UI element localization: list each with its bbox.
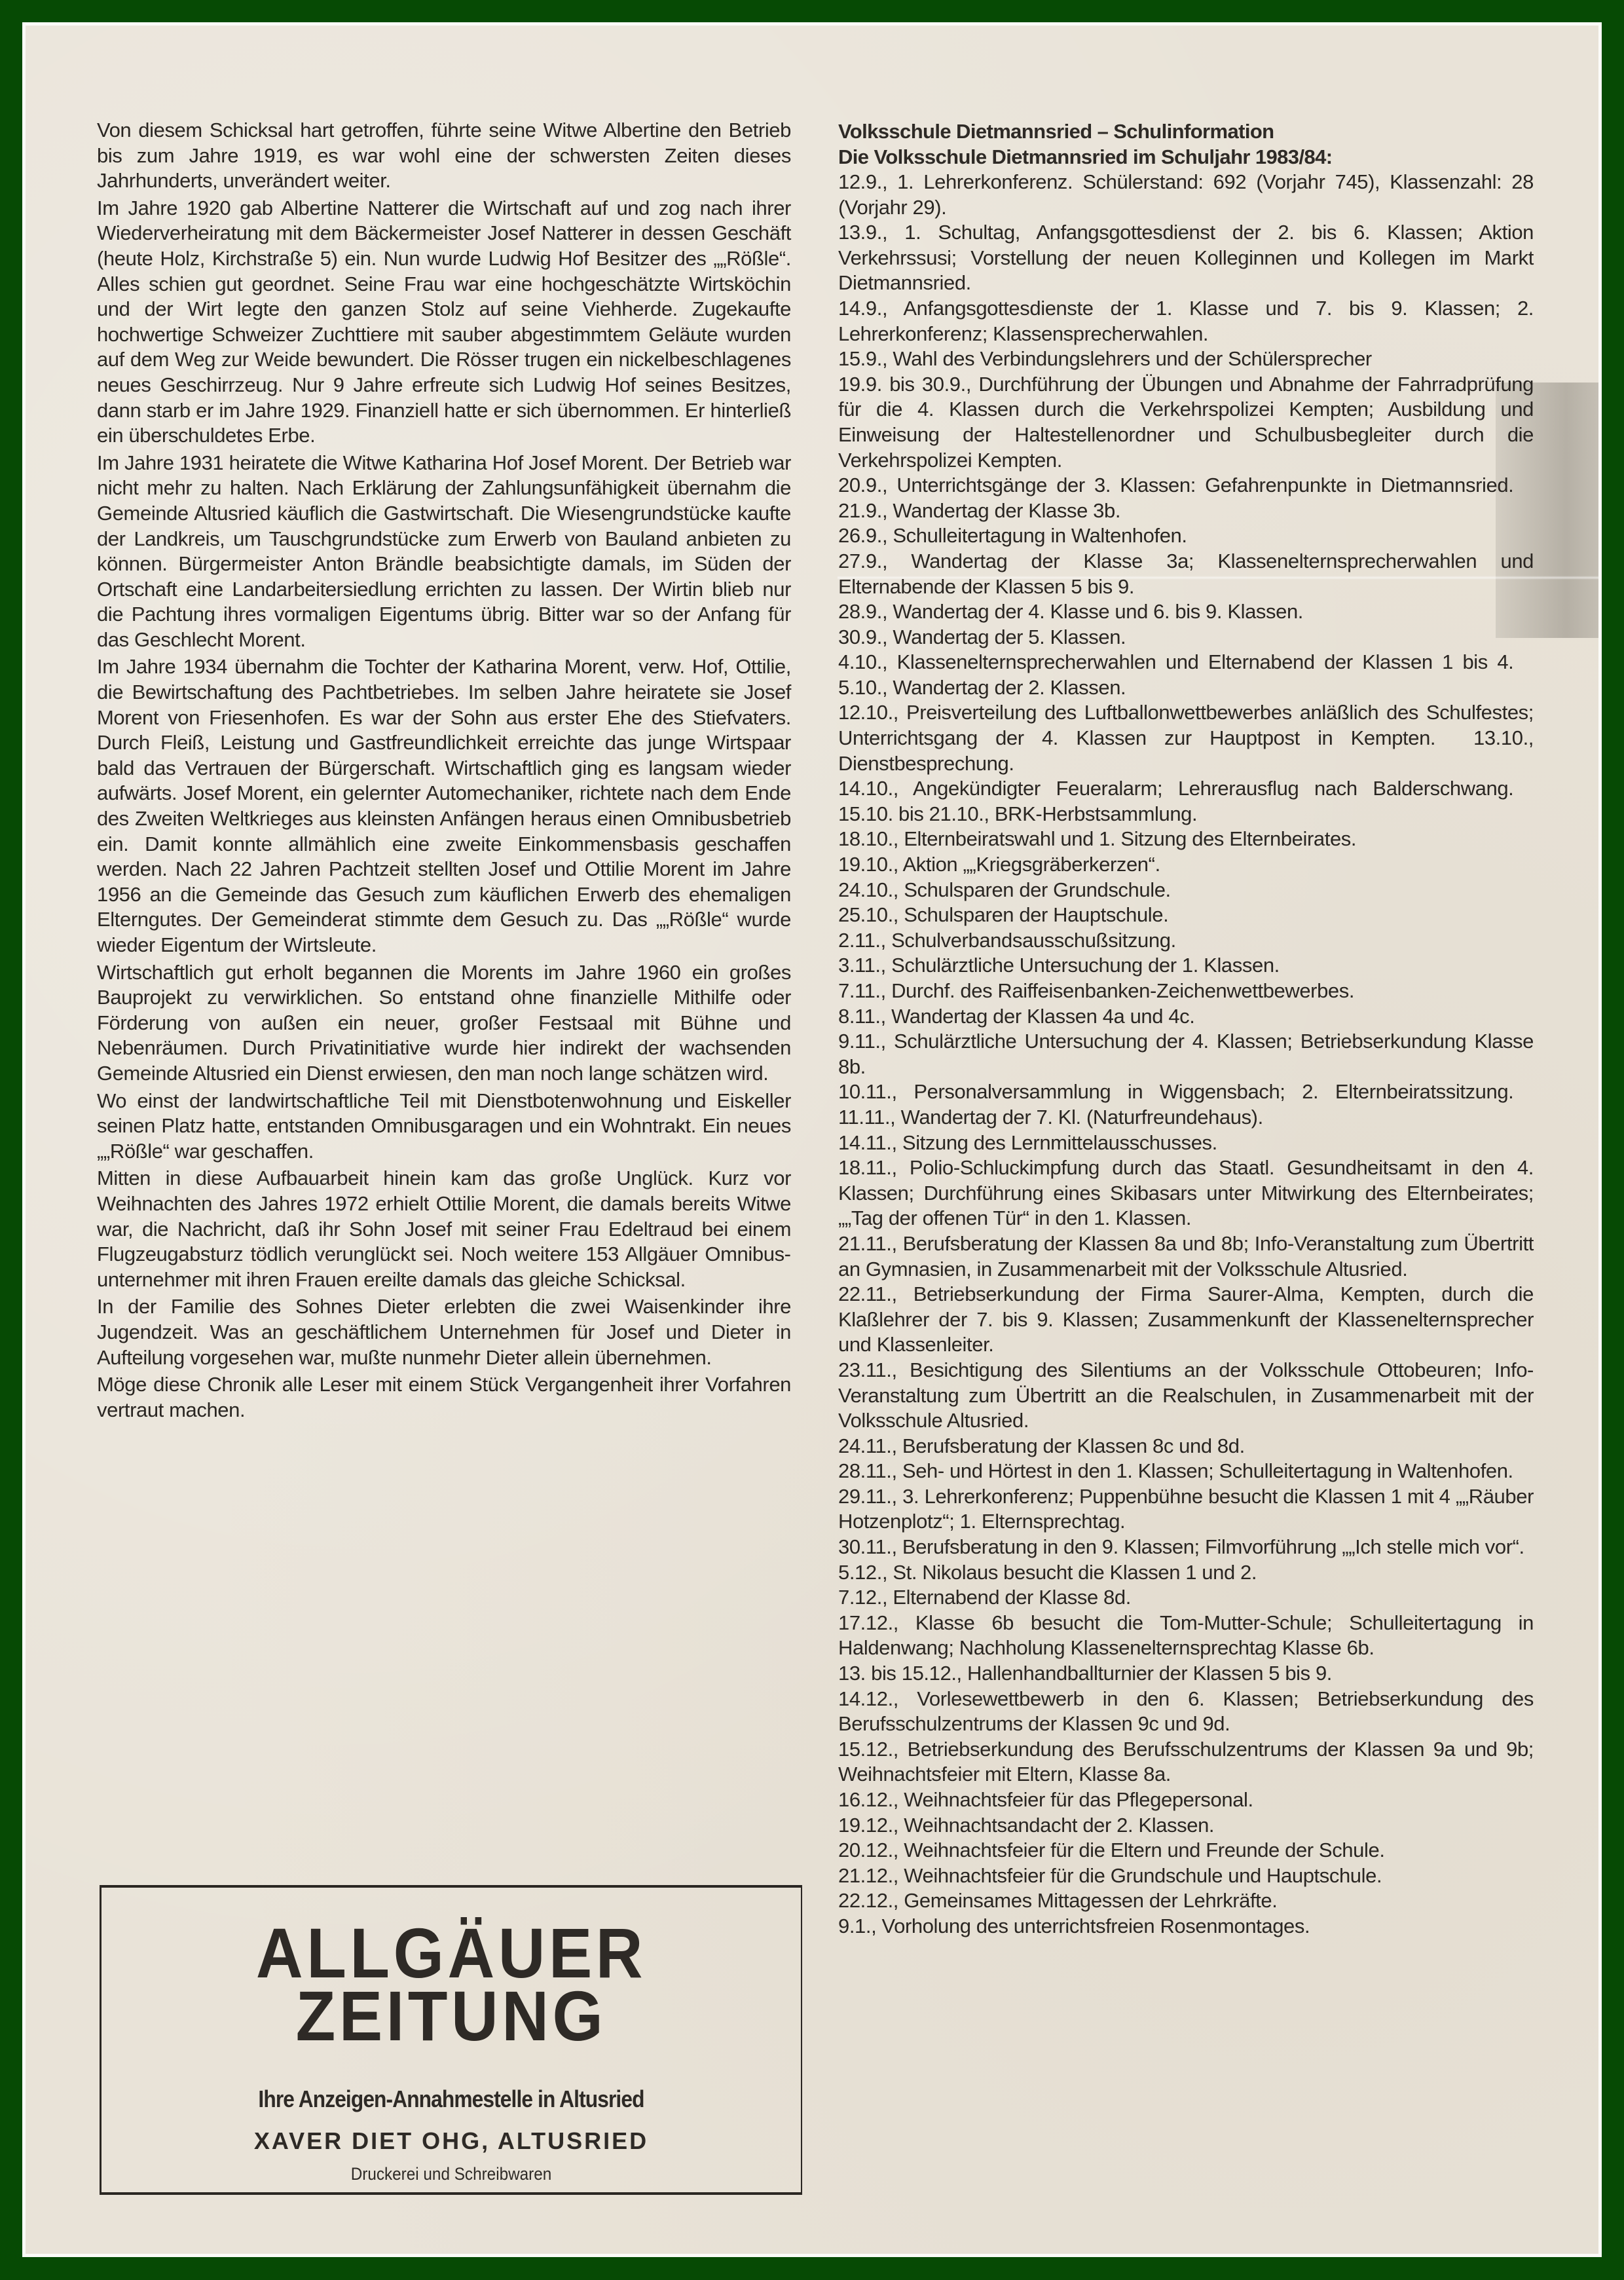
event-entry: 23.11., Besichtigung des Silentiums an d… [838, 1358, 1534, 1434]
event-entry: 7.12., Elternabend der Klasse 8d. [838, 1585, 1534, 1611]
event-entry: 17.12., Klasse 6b besucht die Tom-Mutter… [838, 1611, 1534, 1661]
event-entry: 22.11., Betriebserkundung der Firma Saur… [838, 1282, 1534, 1358]
ad-tagline: Druckerei und Schreibwaren [136, 2164, 766, 2184]
newspaper-advertisement: ALLGÄUER ZEITUNG Ihre Anzeigen-Annahmest… [100, 1885, 802, 2195]
event-entry: 18.11., Polio-Schluckimpfung durch das S… [838, 1155, 1534, 1231]
event-entry: 25.10., Schulsparen der Hauptschule. [838, 903, 1534, 928]
event-entry: 13. bis 15.12., Hallenhandballturnier de… [838, 1661, 1534, 1687]
event-entry: 15.9., Wahl des Verbindungslehrers und d… [838, 346, 1534, 372]
event-entry: 18.10., Elternbeiratswahl und 1. Sitzung… [838, 827, 1534, 852]
event-entry: 12.10., Preisverteilung des Luftballonwe… [838, 700, 1534, 776]
event-entry: 14.11., Sitzung des Lernmittelausschusse… [838, 1131, 1534, 1156]
event-entry: 20.12., Weihnachtsfeier für die Eltern u… [838, 1838, 1534, 1863]
event-entry: 13.9., 1. Schultag, Anfangsgottesdienst … [838, 220, 1534, 296]
article-paragraph: Im Jahre 1920 gab Albertine Natterer die… [97, 196, 791, 449]
event-entry: 7.11., Durchf. des Raiffeisenbanken-Zeic… [838, 979, 1534, 1004]
ad-title-line-1: ALLGÄUER [130, 1922, 773, 1985]
event-entry: 30.9., Wandertag der 5. Klassen. [838, 625, 1534, 650]
event-entry: 29.11., 3. Lehrerkonferenz; Puppenbühne … [838, 1484, 1534, 1535]
event-entry: 19.9. bis 30.9., Durchführung der Übunge… [838, 372, 1534, 473]
event-entry: 14.10., Angekündigter Feueralarm; Lehrer… [838, 776, 1534, 827]
section-heading: Volksschule Dietmannsried – Schulinforma… [838, 119, 1534, 144]
event-list: 12.9., 1. Lehrerkonferenz. Schülerstand:… [838, 170, 1534, 1939]
ad-title: ALLGÄUER ZEITUNG [130, 1922, 773, 2047]
event-entry: 21.12., Weihnachtsfeier für die Grundsch… [838, 1863, 1534, 1889]
article-paragraph: Wirtschaftlich gut erholt begannen die M… [97, 960, 791, 1087]
event-entry: 14.12., Vorlesewettbewerb in den 6. Klas… [838, 1687, 1534, 1737]
newspaper-page: Von diesem Schicksal hart getroffen, füh… [26, 26, 1598, 2254]
event-entry: 10.11., Personalversammlung in Wiggensba… [838, 1079, 1534, 1130]
article-paragraph: In der Familie des Sohnes Dieter erlebte… [97, 1294, 791, 1370]
ad-company: XAVER DIET OHG, ALTUSRIED [101, 2127, 801, 2155]
chronicle-article: Von diesem Schicksal hart getroffen, füh… [97, 118, 791, 1423]
event-entry: 4.10., Klassenelternsprecherwahlen und E… [838, 650, 1534, 700]
event-entry: 20.9., Unterrichtsgänge der 3. Klassen: … [838, 473, 1534, 523]
event-entry: 15.12., Betriebserkundung des Berufsschu… [838, 1737, 1534, 1787]
event-entry: 24.10., Schulsparen der Grundschule. [838, 878, 1534, 903]
event-entry: 28.9., Wandertag der 4. Klasse und 6. bi… [838, 599, 1534, 625]
article-paragraph: Wo einst der landwirtschaftliche Teil mi… [97, 1089, 791, 1165]
ad-title-line-2: ZEITUNG [130, 1985, 773, 2047]
event-entry: 2.11., Schulverbandsausschußsitzung. [838, 928, 1534, 954]
event-entry: 24.11., Berufsberatung der Klassen 8c un… [838, 1434, 1534, 1459]
event-entry: 9.1., Vorholung des unterrichtsfreien Ro… [838, 1914, 1534, 1939]
article-paragraph: Möge diese Chronik alle Leser mit einem … [97, 1372, 791, 1423]
event-entry: 12.9., 1. Lehrerkonferenz. Schülerstand:… [838, 170, 1534, 220]
event-entry: 16.12., Weihnachtsfeier für das Pflegepe… [838, 1787, 1534, 1813]
article-paragraph: Im Jahre 1934 übernahm die Tochter der K… [97, 654, 791, 958]
article-paragraph: Mitten in diese Aufbauarbeit hinein kam … [97, 1166, 791, 1292]
event-entry: 8.11., Wandertag der Klassen 4a und 4c. [838, 1004, 1534, 1030]
section-subheading: Die Volksschule Dietmannsried im Schulja… [838, 144, 1534, 170]
event-entry: 9.11., Schulärztliche Untersuchung der 4… [838, 1029, 1534, 1079]
event-entry: 22.12., Gemeinsames Mittagessen der Lehr… [838, 1888, 1534, 1914]
event-entry: 19.10., Aktion „„Kriegsgräberkerzen“. [838, 852, 1534, 878]
article-paragraph: Im Jahre 1931 heiratete die Witwe Kathar… [97, 451, 791, 653]
event-entry: 26.9., Schulleitertagung in Waltenhofen. [838, 523, 1534, 549]
event-entry: 30.11., Berufsberatung in den 9. Klassen… [838, 1535, 1534, 1560]
event-entry: 19.12., Weihnachtsandacht der 2. Klassen… [838, 1813, 1534, 1839]
school-information: Volksschule Dietmannsried – Schulinforma… [838, 119, 1534, 1939]
event-entry: 3.11., Schulärztliche Untersuchung der 1… [838, 953, 1534, 979]
event-entry: 28.11., Seh- und Hörtest in den 1. Klass… [838, 1459, 1534, 1484]
event-entry: 27.9., Wandertag der Klasse 3a; Klassene… [838, 549, 1534, 599]
article-paragraph: Von diesem Schicksal hart getroffen, füh… [97, 118, 791, 194]
event-entry: 14.9., Anfangsgottesdienste der 1. Klass… [838, 296, 1534, 346]
event-entry: 5.12., St. Nikolaus besucht die Klassen … [838, 1560, 1534, 1586]
ad-subtitle: Ihre Anzeigen-Annahmestelle in Altusried [143, 2085, 759, 2113]
event-entry: 21.11., Berufsberatung der Klassen 8a un… [838, 1231, 1534, 1282]
